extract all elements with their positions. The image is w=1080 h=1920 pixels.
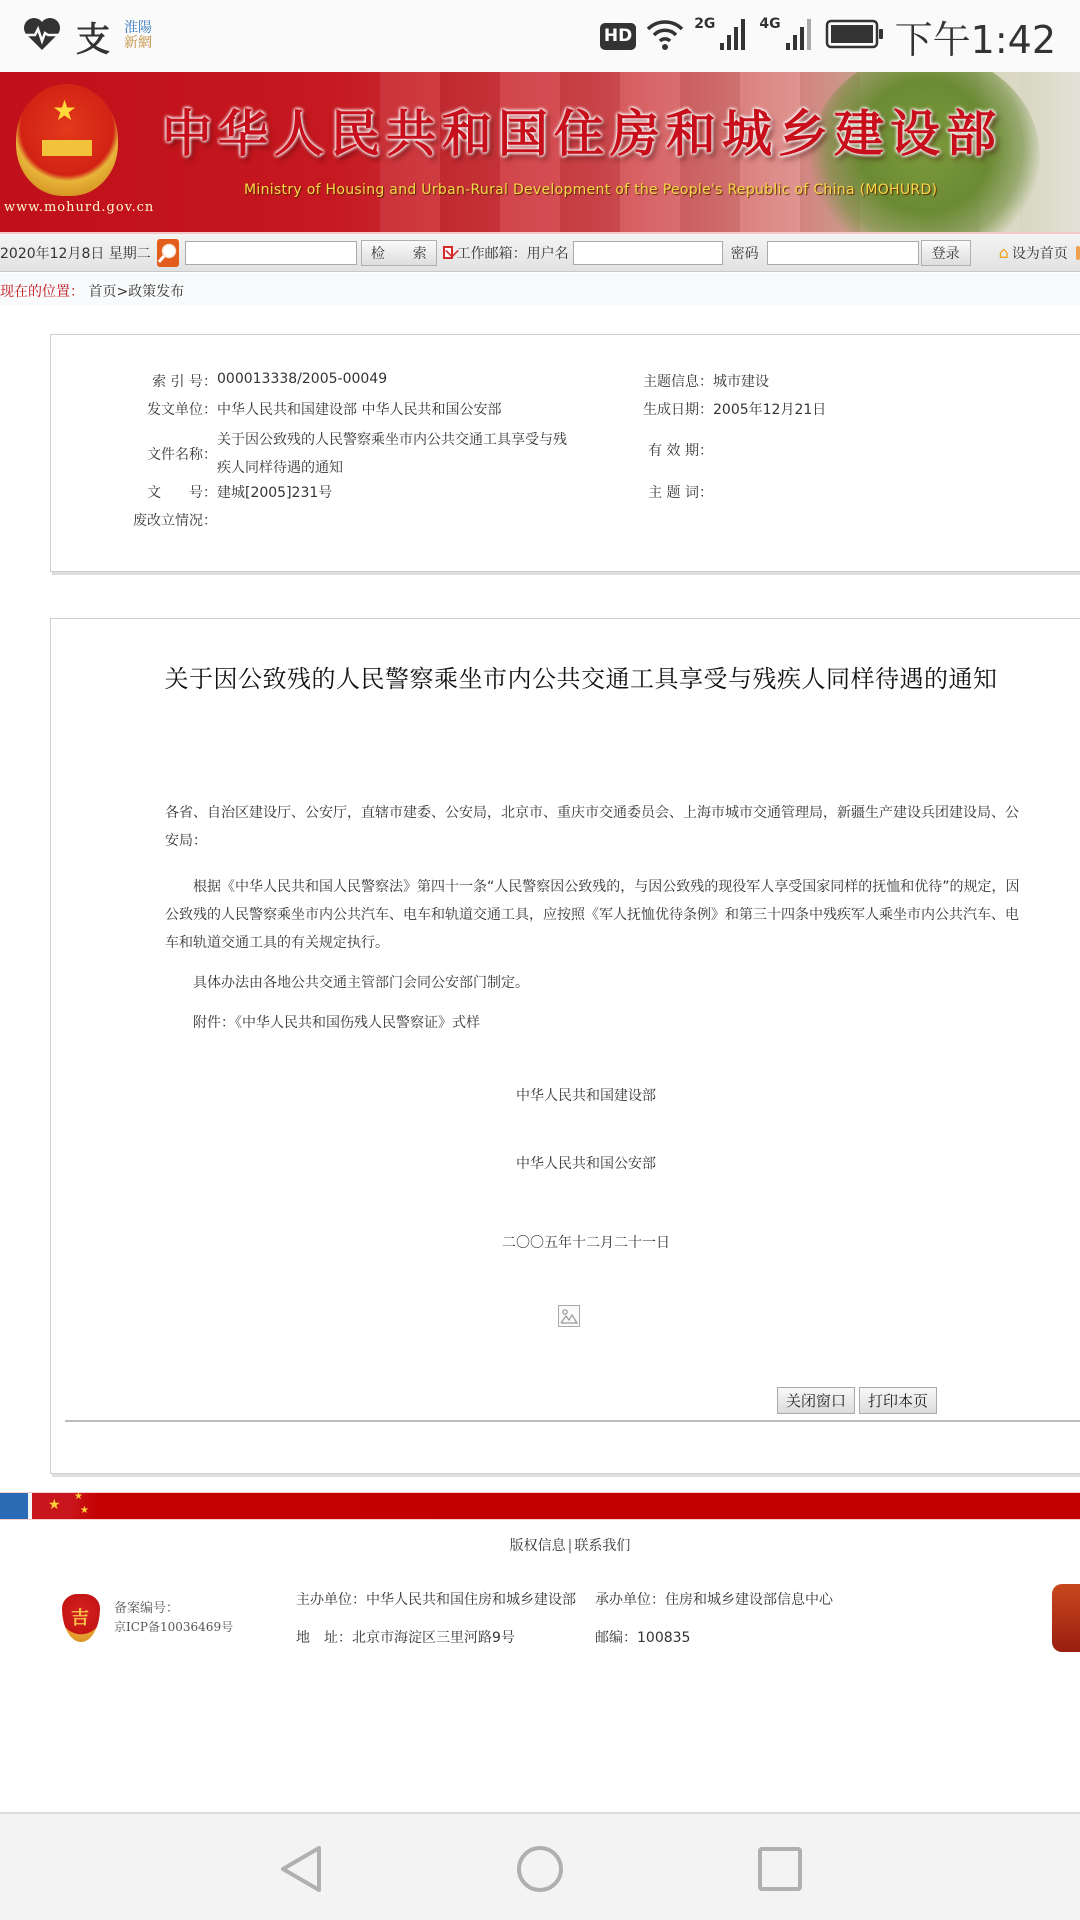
- status-bar-notifications: 支 淮陽 新網: [22, 14, 152, 58]
- search-button[interactable]: 检 索: [361, 240, 437, 266]
- back-button[interactable]: [275, 1844, 325, 1894]
- home-button[interactable]: [515, 1844, 565, 1894]
- footer-flag-band: ★ ★ ★: [0, 1492, 1080, 1520]
- meta-issuer: 发文单位：中华人民共和国建设部 中华人民共和国公安部: [51, 399, 501, 419]
- back-triangle-icon: [275, 1844, 325, 1894]
- current-date: 2020年12月8日 星期二: [0, 243, 151, 263]
- undertaking-organization: 承办单位：住房和城乡建设部信息中心: [595, 1589, 833, 1609]
- meta-validity: 有 效 期：: [617, 440, 713, 460]
- signature-ministry-public-security: 中华人民共和国公安部: [51, 1153, 1080, 1173]
- postcode: 邮编：100835: [595, 1627, 690, 1647]
- close-window-button[interactable]: 关闭窗口: [777, 1387, 855, 1414]
- article-attachment[interactable]: 附件：《中华人民共和国伤残人民警察证》式样: [165, 1009, 1025, 1037]
- breadcrumb-label: 您现在的位置：: [0, 284, 84, 300]
- site-url: www.mohurd.gov.cn: [4, 200, 154, 215]
- signal-4g-icon: [785, 17, 815, 55]
- article-salutation: 各省、自治区建设厅、公安厅，直辖市建委、公安局，北京市、重庆市交通委员会、上海市…: [165, 799, 1025, 855]
- work-mail-username-label: 工作邮箱：用户名: [457, 243, 569, 263]
- print-page-button[interactable]: 打印本页: [859, 1387, 937, 1414]
- host-organization: 主办单位：中华人民共和国住房和城乡建设部: [296, 1589, 576, 1609]
- meta-keywords: 主 题 词：: [617, 482, 713, 502]
- set-homepage-link[interactable]: ⌂ 设为首页: [999, 243, 1068, 263]
- meta-topic-info: 主题信息：城市建设: [617, 371, 769, 391]
- meta-revision-status: 废改立情况：: [51, 510, 217, 530]
- document-meta-panel: 索 引 号：000013338/2005-00049 发文单位：中华人民共和国建…: [50, 334, 1080, 572]
- footer-links: 版权信息|联系我们: [0, 1535, 1080, 1555]
- ministry-title: 中华人民共和国住房和城乡建设部: [162, 94, 1002, 166]
- hd-voice-icon: HD: [600, 23, 636, 50]
- search-input[interactable]: [185, 241, 357, 265]
- national-emblem-icon: ★: [16, 84, 118, 196]
- icp-record: 备案编号： 京ICP备10036469号: [114, 1600, 233, 1636]
- party-gov-badge-icon[interactable]: [1052, 1584, 1080, 1652]
- login-button[interactable]: 登录: [921, 240, 971, 266]
- article-actions: 关闭窗口 打印本页: [777, 1387, 937, 1414]
- ministry-subtitle: Ministry of Housing and Urban-Rural Deve…: [244, 182, 937, 198]
- android-nav-bar: [0, 1812, 1080, 1920]
- broken-image-icon: [558, 1305, 580, 1327]
- status-bar: 支 淮陽 新網 HD 2G 4G 下午1:42: [0, 0, 1080, 72]
- article-body: 各省、自治区建设厅、公安厅，直辖市建委、公安局，北京市、重庆市交通委员会、上海市…: [165, 799, 1025, 1049]
- rss-icon[interactable]: [1076, 246, 1080, 260]
- signature-date: 二〇〇五年十二月二十一日: [51, 1232, 1080, 1252]
- home-arrow-icon: ⌂: [999, 243, 1009, 262]
- breadcrumb-path[interactable]: 首页>政策发布: [88, 284, 184, 300]
- meta-index-number: 索 引 号：000013338/2005-00049: [51, 371, 387, 391]
- alipay-icon: 支: [76, 12, 110, 61]
- article-paragraph: 具体办法由各地公共交通主管部门会同公安部门制定。: [165, 969, 1025, 997]
- copyright-link[interactable]: 版权信息: [510, 1538, 566, 1554]
- search-icon[interactable]: [157, 239, 179, 267]
- heart-rate-icon: [22, 16, 62, 56]
- divider: [65, 1420, 1080, 1422]
- password-input[interactable]: [767, 241, 919, 265]
- meta-document-number: 文 号：建城[2005]231号: [51, 482, 332, 502]
- username-input[interactable]: [573, 241, 723, 265]
- contact-us-link[interactable]: 联系我们: [574, 1538, 630, 1554]
- gov-site-badge-icon[interactable]: [62, 1594, 100, 1642]
- article-title: 关于因公致残的人民警察乘坐市内公共交通工具享受与残疾人同样待遇的通知: [51, 659, 1080, 694]
- breadcrumb: 您现在的位置： 首页>政策发布: [0, 273, 1080, 305]
- mail-icon: [443, 246, 453, 259]
- meta-document-name: 文件名称： 关于因公致残的人民警察乘坐市内公共交通工具享受与残 疾人同样待遇的通…: [51, 426, 567, 482]
- signal-2g-icon: [719, 17, 749, 55]
- status-bar-system: HD 2G 4G 下午1:42: [600, 10, 1056, 62]
- site-banner: ★ www.mohurd.gov.cn 中华人民共和国住房和城乡建设部 Mini…: [0, 72, 1080, 232]
- recents-button[interactable]: [755, 1844, 805, 1894]
- password-label: 密码: [731, 243, 759, 263]
- battery-icon: [825, 18, 885, 54]
- signature-ministry-construction: 中华人民共和国建设部: [51, 1085, 1080, 1105]
- article-paragraph: 根据《中华人民共和国人民警察法》第四十一条“人民警察因公致残的，与因公致残的现役…: [165, 873, 1025, 957]
- home-circle-icon: [515, 1844, 565, 1894]
- wifi-icon: [646, 17, 684, 55]
- meta-created-date: 生成日期：2005年12月21日: [617, 399, 826, 419]
- top-toolbar: 2020年12月8日 星期二 检 索 工作邮箱：用户名 密码 登录 ⌂ 设为首页: [0, 232, 1080, 272]
- recents-square-icon: [755, 1844, 805, 1894]
- clock: 下午1:42: [895, 9, 1056, 64]
- huaiyang-news-icon: 淮陽 新網: [124, 21, 152, 51]
- article-panel: 关于因公致残的人民警察乘坐市内公共交通工具享受与残疾人同样待遇的通知 各省、自治…: [50, 618, 1080, 1474]
- address: 地 址：北京市海淀区三里河路9号: [296, 1627, 515, 1647]
